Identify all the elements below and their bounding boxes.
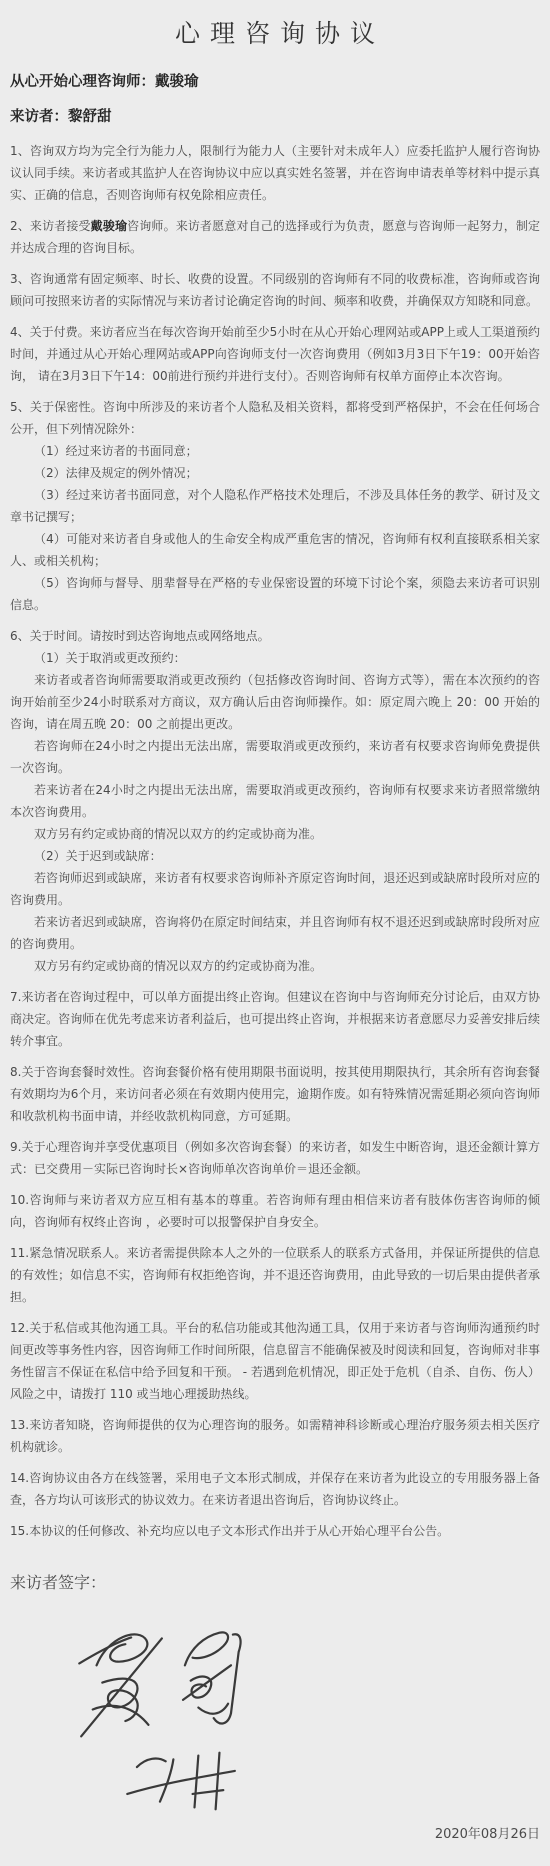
clause-11: 11.紧急情况联系人。来访者需提供除本人之外的一位联系人的联系方式备用，并保证所…: [10, 1242, 540, 1308]
agreement-document: 心理咨询协议 从心开始心理咨询师：戴骏瑜 来访者：黎舒甜 1、咨询双方均为完全行…: [0, 0, 550, 1866]
clause-2: 2、来访者接受戴骏瑜咨询师。来访者愿意对自己的选择或行为负责，愿意与咨询师一起努…: [10, 215, 540, 259]
clause-sub-item: （3）经过来访者书面同意，对个人隐私作严格技术处理后，不涉及具体任务的教学、研讨…: [10, 484, 540, 528]
clause-sub-item: 双方另有约定或协商的情况以双方的约定或协商为准。: [10, 955, 540, 977]
signature-date: 2020年08月26日: [10, 1823, 540, 1842]
clause-sub-item: 若来访者迟到或缺席，咨询将仍在原定时间结束，并且咨询师有权不退还迟到或缺席时段所…: [10, 911, 540, 955]
clause-6: 6、关于时间。请按时到达咨询地点或网络地点。 （1）关于取消或更改预约： 来访者…: [10, 625, 540, 977]
clause-1: 1、咨询双方均为完全行为能力人，限制行为能力人（主要针对未成年人）应委托监护人履…: [10, 140, 540, 206]
clause-14: 14.咨询协议由各方在线签署，采用电子文本形式制成，并保存在来访者为此设立的专用…: [10, 1467, 540, 1511]
clause-6-intro: 6、关于时间。请按时到达咨询地点或网络地点。: [10, 625, 540, 647]
signature-area: [68, 1625, 273, 1817]
client-name: 黎舒甜: [68, 109, 112, 125]
client-label: 来访者：: [10, 109, 68, 125]
clause-9: 9.关于心理咨询并享受优惠项目（例如多次咨询套餐）的来访者，如发生中断咨询，退还…: [10, 1136, 540, 1180]
clause-5: 5、关于保密性。咨询中所涉及的来访者个人隐私及相关资料，都将受到严格保护，不会在…: [10, 396, 540, 616]
counselor-name: 戴骏瑜: [155, 74, 199, 90]
clause-sub-item: （1）经过来访者的书面同意；: [10, 440, 540, 462]
clause-sub-item: （1）关于取消或更改预约：: [10, 647, 540, 669]
counselor-line: 从心开始心理咨询师：戴骏瑜: [10, 70, 540, 91]
clause-sub-item: 若咨询师在24小时之内提出无法出席，需要取消或更改预约，来访者有权要求咨询师免费…: [10, 735, 540, 779]
clause-4: 4、关于付费。来访者应当在每次咨询开始前至少5小时在从心开始心理网站或APP上或…: [10, 321, 540, 387]
clause-sub-item: 来访者或者咨询师需要取消或更改预约（包括修改咨询时间、咨询方式等），需在本次预约…: [10, 669, 540, 735]
clause-8: 8.关于咨询套餐时效性。咨询套餐价格有使用期限书面说明，按其使用期限执行，其余所…: [10, 1061, 540, 1127]
clause-2-counselor-name: 戴骏瑜: [91, 219, 127, 233]
clause-2-prefix: 2、来访者接受: [10, 219, 91, 233]
clause-3: 3、咨询通常有固定频率、时长、收费的设置。不同级别的咨询师有不同的收费标准，咨询…: [10, 268, 540, 312]
clause-sub-item: 若来访者在24小时之内提出无法出席，需要取消或更改预约，咨询师有权要求来访者照常…: [10, 779, 540, 823]
clause-15: 15.本协议的任何修改、补充均应以电子文本形式作出并于从心开始心理平台公告。: [10, 1520, 540, 1542]
clause-sub-item: （2）法律及规定的例外情况；: [10, 462, 540, 484]
clause-10: 10.咨询师与来访者双方应互相有基本的尊重。若咨询师有理由相信来访者有肢体伤害咨…: [10, 1189, 540, 1233]
clause-5-intro: 5、关于保密性。咨询中所涉及的来访者个人隐私及相关资料，都将受到严格保护，不会在…: [10, 396, 540, 440]
clause-sub-item: （5）咨询师与督导、朋辈督导在严格的专业保密设置的环境下讨论个案，须隐去来访者可…: [10, 572, 540, 616]
clause-sub-item: （4）可能对来访者自身或他人的生命安全构成严重危害的情况，咨询师有权利直接联系相…: [10, 528, 540, 572]
counselor-label: 从心开始心理咨询师：: [10, 74, 155, 90]
clause-sub-item: （2）关于迟到或缺席：: [10, 845, 540, 867]
clause-sub-item: 若咨询师迟到或缺席，来访者有权要求咨询师补齐原定咨询时间，退还迟到或缺席时段所对…: [10, 867, 540, 911]
clause-7: 7.来访者在咨询过程中，可以单方面提出终止咨询。但建议在咨询中与咨询师充分讨论后…: [10, 986, 540, 1052]
clause-13: 13.来访者知晓，咨询师提供的仅为心理咨询的服务。如需精神科诊断或心理治疗服务须…: [10, 1414, 540, 1458]
client-line: 来访者：黎舒甜: [10, 105, 540, 126]
page-title: 心理咨询协议: [10, 14, 540, 50]
client-signature-image: [68, 1625, 273, 1817]
signature-label: 来访者签字：: [10, 1570, 540, 1593]
clause-12: 12.关于私信或其他沟通工具。平台的私信功能或其他沟通工具，仅用于来访者与咨询师…: [10, 1317, 540, 1405]
clause-sub-item: 双方另有约定或协商的情况以双方的约定或协商为准。: [10, 823, 540, 845]
